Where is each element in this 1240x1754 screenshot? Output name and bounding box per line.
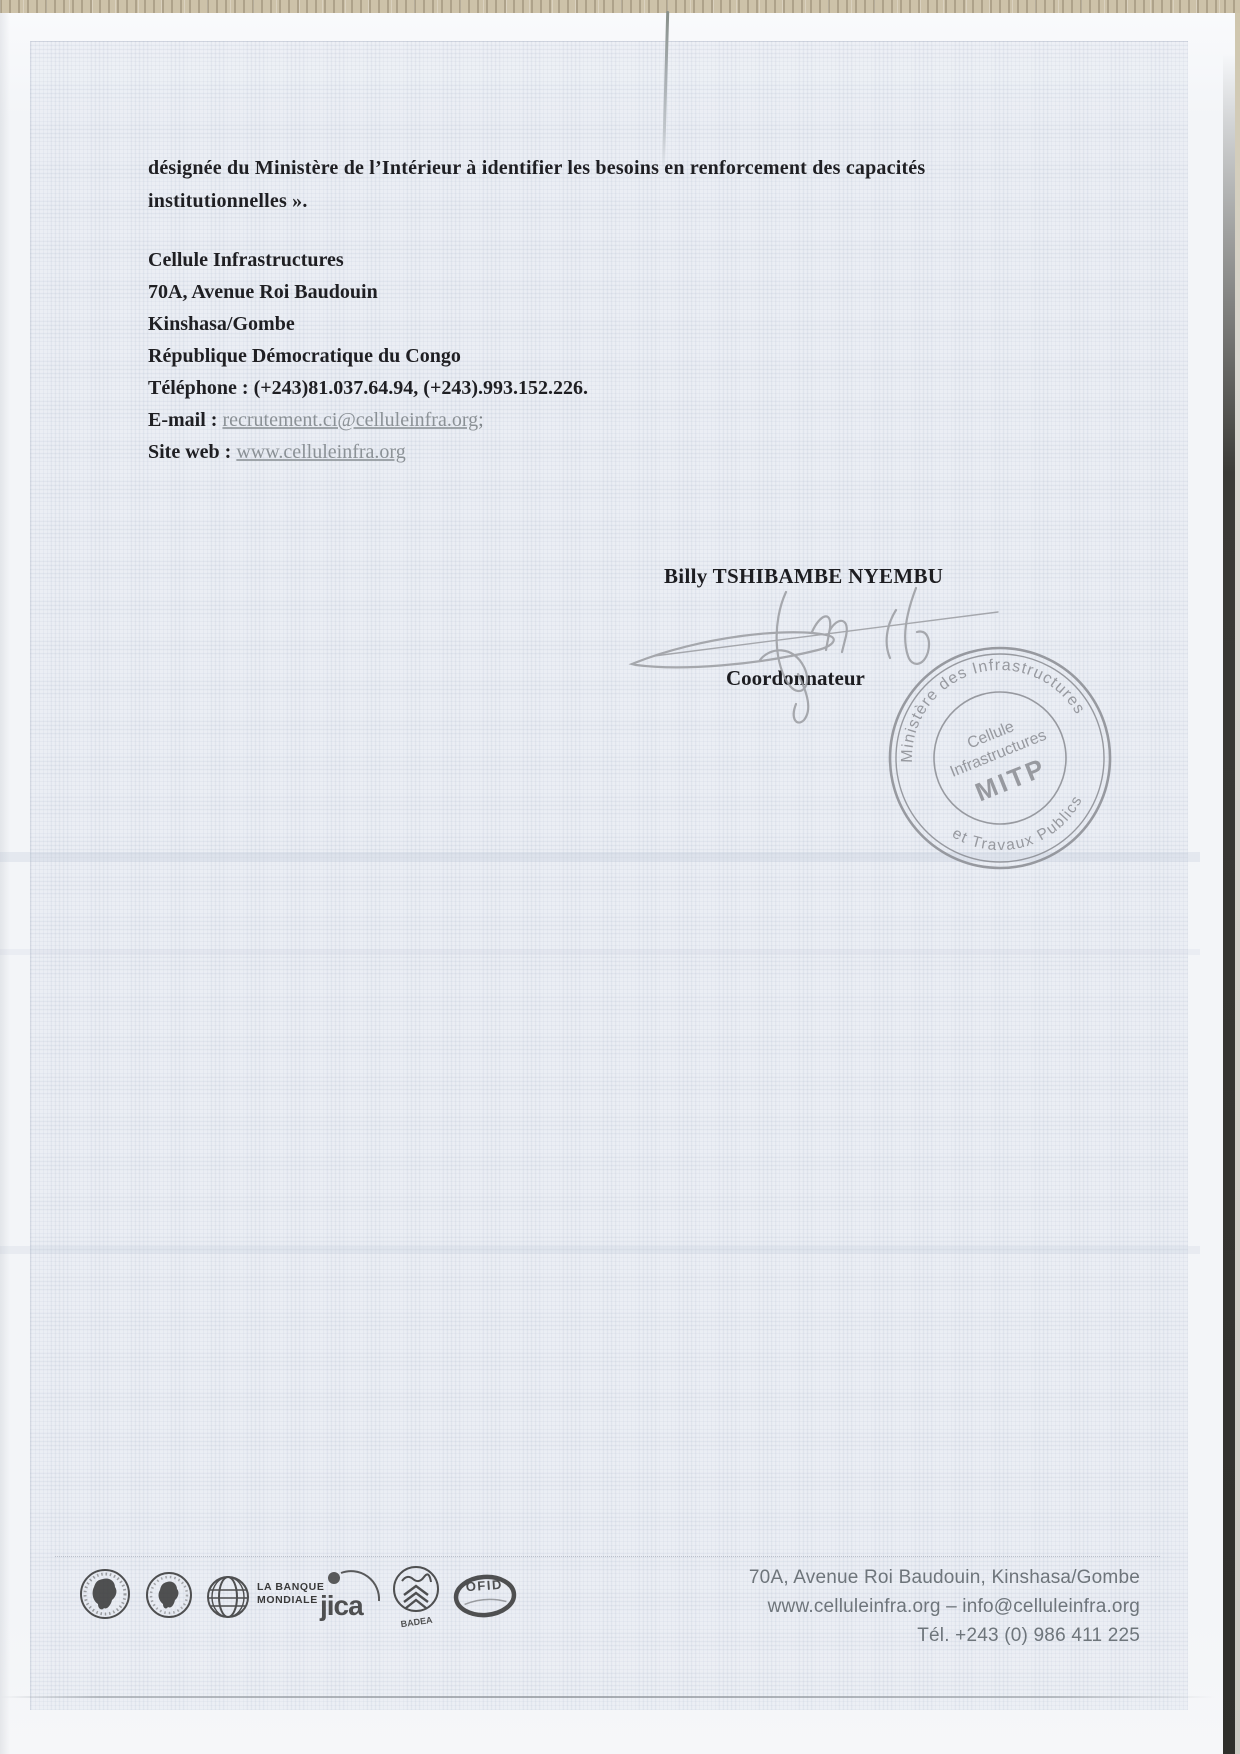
stamp-ring-bottom-text: et Travaux Publics [946, 789, 1095, 870]
city: Kinshasa/Gombe [148, 308, 588, 340]
paragraph-line: institutionnelles ». [148, 185, 925, 218]
world-bank-globe-icon [204, 1573, 252, 1621]
letter-paragraph: désignée du Ministère de l’Intérieur à i… [148, 152, 925, 218]
badea-logo-icon: BADEA [388, 1563, 446, 1631]
phone-label: Téléphone : [148, 377, 254, 399]
paragraph-line: désignée du Ministère de l’Intérieur à i… [148, 152, 925, 185]
email-suffix: ; [478, 409, 484, 431]
scanner-background-strip [0, 0, 1240, 14]
footer-phone: Tél. +243 (0) 986 411 225 [620, 1621, 1140, 1650]
email-label: E-mail : [148, 409, 222, 431]
svg-text:jica: jica [319, 1590, 364, 1621]
org-name: Cellule Infrastructures [148, 244, 588, 276]
contact-block: Cellule Infrastructures 70A, Avenue Roi … [148, 244, 588, 468]
street-address: 70A, Avenue Roi Baudouin [148, 276, 588, 308]
world-bank-label: LA BANQUE MONDIALE [257, 1581, 324, 1607]
paper-sheet: désignée du Ministère de l’Intérieur à i… [0, 13, 1240, 1754]
ofid-logo-icon: OFID [452, 1573, 520, 1621]
jica-logo-icon: jica [317, 1567, 387, 1627]
adf-logo-icon [144, 1570, 194, 1620]
country: République Démocratique du Congo [148, 340, 588, 372]
stamp-ring-top-text: Ministère des Infrastructures [877, 634, 1089, 767]
website-link: www.celluleinfra.org [236, 441, 405, 463]
website-label: Site web : [148, 441, 236, 463]
partner-logos-row: LA BANQUE MONDIALE jica BADEA OFID [72, 1563, 542, 1641]
paper-crease [0, 1246, 1200, 1254]
footer-address: 70A, Avenue Roi Baudouin, Kinshasa/Gombe [620, 1563, 1140, 1592]
email-line: E-mail : recrutement.ci@celluleinfra.org… [148, 404, 588, 436]
svg-text:OFID: OFID [465, 1577, 503, 1595]
footer-contact-block: 70A, Avenue Roi Baudouin, Kinshasa/Gombe… [620, 1563, 1140, 1650]
paper-fold-line [0, 1696, 1240, 1698]
phone-value: (+243)81.037.64.94, (+243).993.152.226. [254, 377, 588, 399]
email-link: recrutement.ci@celluleinfra.org [222, 409, 478, 431]
paper-crease [0, 949, 1200, 955]
website-line: Site web : www.celluleinfra.org [148, 436, 588, 468]
paper-left-edge-shadow [0, 13, 10, 1754]
phone-line: Téléphone : (+243)81.037.64.94, (+243).9… [148, 372, 588, 404]
svg-text:BADEA: BADEA [400, 1615, 434, 1629]
afdb-logo-icon [78, 1567, 132, 1621]
paper-right-edge-shadow [1223, 53, 1235, 1754]
footer-web-email: www.celluleinfra.org – info@celluleinfra… [620, 1592, 1140, 1621]
ministry-round-stamp-icon: Ministère des Infrastructures et Travaux… [876, 634, 1128, 886]
scanner-right-edge [1235, 13, 1240, 1754]
footer-separator-line [55, 1556, 1160, 1557]
scanned-letter-page: désignée du Ministère de l’Intérieur à i… [0, 0, 1240, 1754]
